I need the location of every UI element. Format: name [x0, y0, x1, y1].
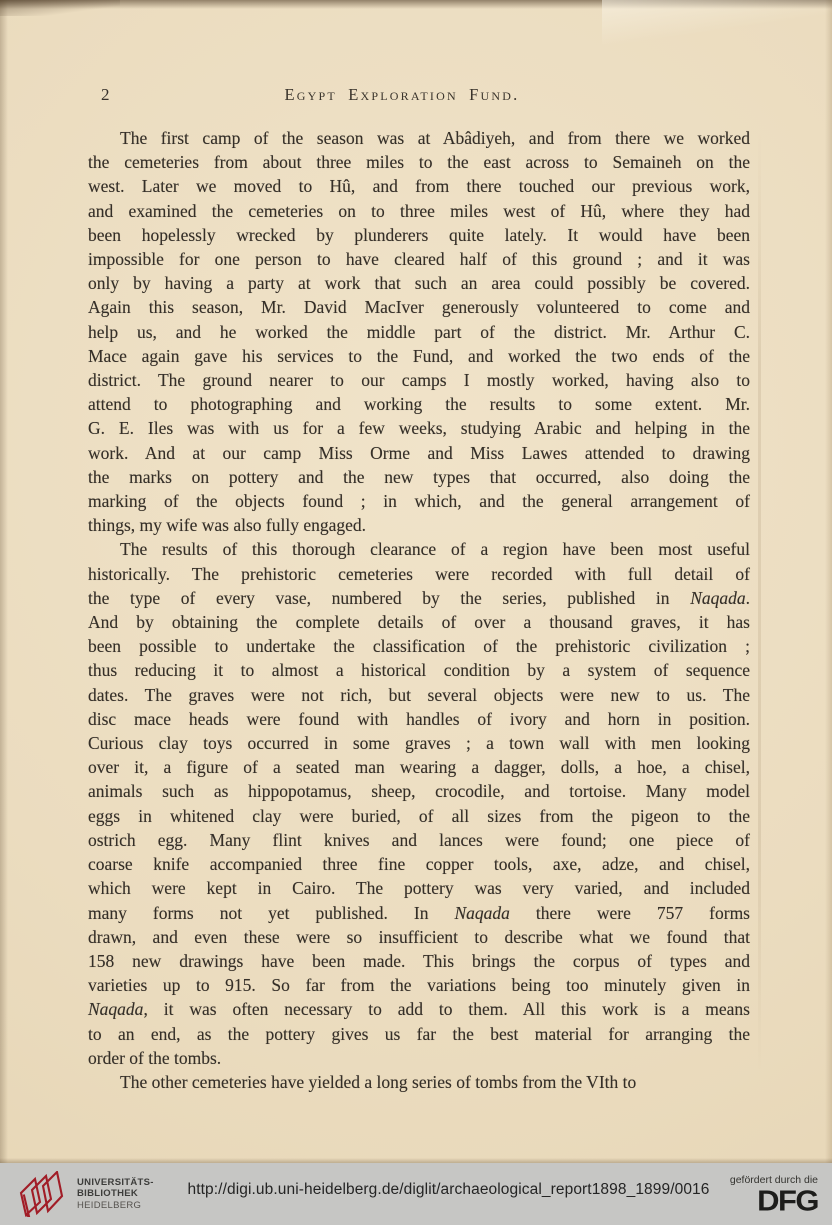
library-name: UNIVERSITÄTS- BIBLIOTHEK HEIDELBERG	[77, 1177, 154, 1212]
paragraph: The other cemeteries have yielded a long…	[88, 1070, 750, 1094]
paragraph: The first camp of the season was at Abâd…	[88, 126, 750, 537]
text-line: eggs in whitened clay were buried, of al…	[88, 804, 750, 828]
text-line: many forms not yet published. In Naqada …	[88, 901, 750, 925]
text-line: ostrich egg. Many flint knives and lance…	[88, 828, 750, 852]
text-line: work. And at our camp Miss Orme and Miss…	[88, 441, 750, 465]
text-line: coarse knife accompanied three fine copp…	[88, 852, 750, 876]
text-line: the marks on pottery and the new types t…	[88, 465, 750, 489]
text-line: things, my wife was also fully engaged.	[88, 513, 750, 537]
scanned-page: 2 Egypt Exploration Fund. The first camp…	[0, 0, 832, 1163]
text-line: varieties up to 915. So far from the var…	[88, 973, 750, 997]
text-line: district. The ground nearer to our camps…	[88, 368, 750, 392]
library-name-line3: HEIDELBERG	[77, 1200, 154, 1212]
text-line: been hopelessly wrecked by plunderers qu…	[88, 223, 750, 247]
text-line: over it, a figure of a seated man wearin…	[88, 755, 750, 779]
page-right-edge	[825, 0, 832, 1163]
text-line: and examined the cemeteries on to three …	[88, 199, 750, 223]
text-line: attend to photographing and working the …	[88, 392, 750, 416]
running-title: Egypt Exploration Fund.	[71, 85, 733, 105]
text-line: help us, and he worked the middle part o…	[88, 320, 750, 344]
text-line: 158 new drawings have been made. This br…	[88, 949, 750, 973]
page-gutter-shadow	[758, 130, 761, 1073]
text-line: Again this season, Mr. David MacIver gen…	[88, 295, 750, 319]
text-line: which were kept in Cairo. The pottery wa…	[88, 876, 750, 900]
text-line: dates. The graves were not rich, but sev…	[88, 683, 750, 707]
text-line: And by obtaining the complete details of…	[88, 610, 750, 634]
paragraph: The results of this thorough clearance o…	[88, 537, 750, 1069]
text-line: to an end, as the pottery gives us far t…	[88, 1022, 750, 1046]
library-name-line2: BIBLIOTHEK	[77, 1188, 154, 1200]
text-line: marking of the objects found ; in which,…	[88, 489, 750, 513]
text-line: only by having a party at work that such…	[88, 271, 750, 295]
page-text: The first camp of the season was at Abâd…	[88, 126, 750, 1094]
text-line: Curious clay toys occurred in some grave…	[88, 731, 750, 755]
dfg-logo: DFG	[757, 1188, 818, 1213]
text-line: the type of every vase, numbered by the …	[88, 586, 750, 610]
dfg-funding-block: gefördert durch die DFG	[722, 1174, 818, 1214]
screenshot-root: 2 Egypt Exploration Fund. The first camp…	[0, 0, 832, 1225]
text-line: impossible for one person to have cleare…	[88, 247, 750, 271]
text-line: Naqada, it was often necessary to add to…	[88, 997, 750, 1021]
document-url: http://digi.ub.uni-heidelberg.de/diglit/…	[175, 1181, 722, 1207]
library-books-icon	[17, 1171, 69, 1217]
viewer-footer-bar: UNIVERSITÄTS- BIBLIOTHEK HEIDELBERG http…	[0, 1163, 832, 1225]
text-line: west. Later we moved to Hû, and from the…	[88, 174, 750, 198]
text-line: order of the tombs.	[88, 1046, 750, 1070]
library-name-line1: UNIVERSITÄTS-	[77, 1177, 154, 1189]
page-top-right-edge	[602, 0, 832, 46]
page-left-edge	[0, 0, 8, 1163]
text-line: G. E. Iles was with us for a few weeks, …	[88, 416, 750, 440]
text-line: disc mace heads were found with handles …	[88, 707, 750, 731]
text-line: drawn, and even these were so insufficie…	[88, 925, 750, 949]
text-line: historically. The prehistoric cemeteries…	[88, 562, 750, 586]
text-line: been possible to undertake the classific…	[88, 634, 750, 658]
text-line: The results of this thorough clearance o…	[88, 537, 750, 561]
text-line: The first camp of the season was at Abâd…	[88, 126, 750, 150]
text-line: the cemeteries from about three miles to…	[88, 150, 750, 174]
text-line: animals such as hippopotamus, sheep, cro…	[88, 779, 750, 803]
page-top-left-shadow	[0, 0, 120, 16]
text-line: Mace again gave his services to the Fund…	[88, 344, 750, 368]
text-line: The other cemeteries have yielded a long…	[88, 1070, 750, 1094]
library-brand: UNIVERSITÄTS- BIBLIOTHEK HEIDELBERG	[17, 1171, 175, 1217]
text-line: thus reducing it to almost a historical …	[88, 658, 750, 682]
